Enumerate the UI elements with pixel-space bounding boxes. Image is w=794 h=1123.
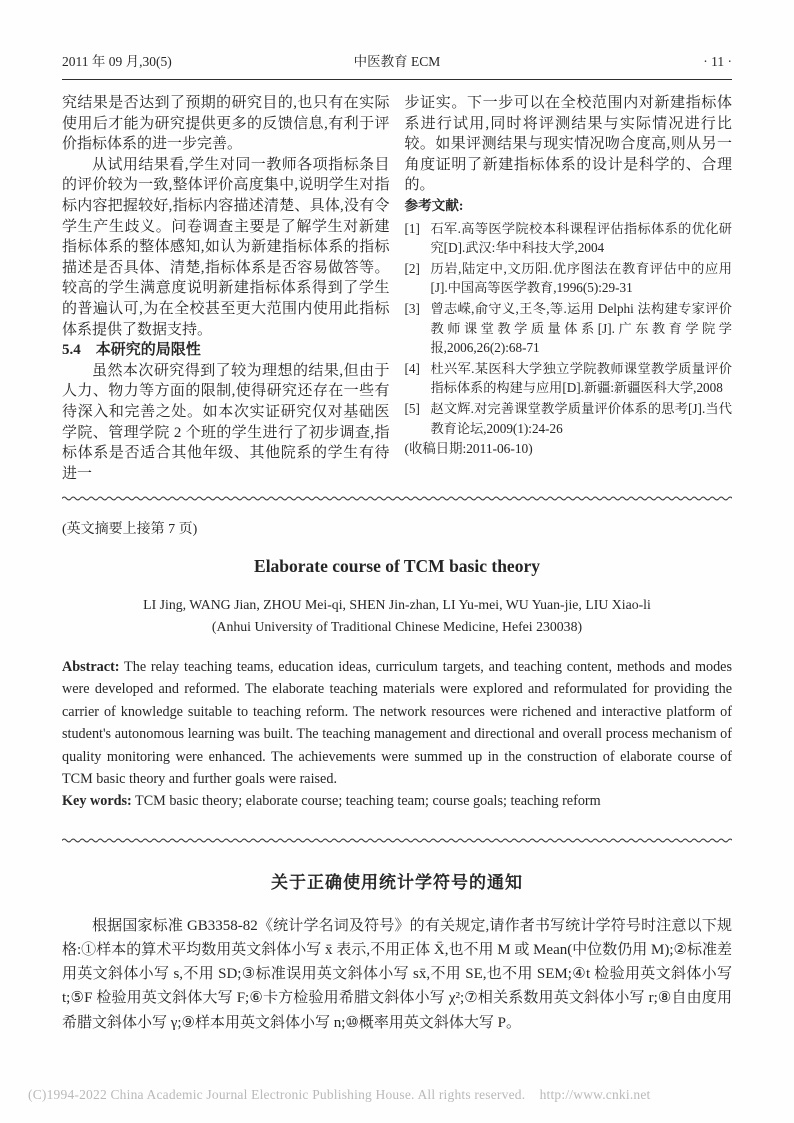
page-header: 2011 年 09 月,30(5) 中医教育 ECM · 11 ·	[62, 0, 732, 80]
abstract-label: Abstract:	[62, 659, 120, 675]
wavy-divider	[62, 495, 732, 502]
abstract-paragraph: Abstract: The relay teaching teams, educ…	[62, 656, 732, 790]
article-body: 究结果是否达到了预期的研究目的,也只有在实际使用后才能为研究提供更多的反馈信息,…	[62, 93, 732, 481]
reference-number: [5]	[405, 399, 431, 438]
continuation-note: (英文摘要上接第 7 页)	[62, 518, 732, 538]
header-page-number: · 11 ·	[509, 54, 732, 70]
english-abstract-section: (英文摘要上接第 7 页) Elaborate course of TCM ba…	[62, 518, 732, 813]
right-column: 步证实。下一步可以在全校范围内对新建指标体系进行试用,同时将评测结果与实际情况进…	[405, 93, 733, 481]
references-list: [1] 石军.高等医学院校本科课程评估指标体系的优化研究[D].武汉:华中科技大…	[405, 219, 733, 439]
statistics-notice-section: 关于正确使用统计学符号的通知 根据国家标准 GB3358-82《统计学名词及符号…	[62, 868, 732, 1035]
section-heading-5-4: 5.4 本研究的局限性	[62, 340, 390, 361]
english-authors: LI Jing, WANG Jian, ZHOU Mei-qi, SHEN Ji…	[62, 597, 732, 613]
wavy-divider	[62, 837, 732, 844]
header-journal-title: 中医教育 ECM	[285, 50, 508, 70]
received-date: (收稿日期:2011-06-10)	[405, 439, 733, 460]
reference-number: [4]	[405, 359, 431, 398]
header-issue: 2011 年 09 月,30(5)	[62, 50, 285, 70]
left-column: 究结果是否达到了预期的研究目的,也只有在实际使用后才能为研究提供更多的反馈信息,…	[62, 93, 390, 481]
keywords-paragraph: Key words: TCM basic theory; elaborate c…	[62, 790, 732, 812]
keywords-label: Key words:	[62, 793, 132, 809]
references-heading: 参考文献:	[405, 196, 733, 217]
reference-text: 历岩,陆定中,文历阳.优序图法在教育评估中的应用[J].中国高等医学教育,199…	[431, 259, 733, 298]
reference-number: [2]	[405, 259, 431, 298]
english-affiliation: (Anhui University of Traditional Chinese…	[62, 619, 732, 635]
reference-item: [5] 赵文辉.对完善课堂教学质量评价体系的思考[J].当代教育论坛,2009(…	[405, 399, 733, 438]
journal-page: 2011 年 09 月,30(5) 中医教育 ECM · 11 · 究结果是否达…	[0, 0, 794, 1123]
paragraph-continuation: 究结果是否达到了预期的研究目的,也只有在实际使用后才能为研究提供更多的反馈信息,…	[62, 93, 390, 155]
english-title: Elaborate course of TCM basic theory	[62, 556, 732, 577]
notice-body: 根据国家标准 GB3358-82《统计学名词及符号》的有关规定,请作者书写统计学…	[62, 914, 732, 1035]
reference-number: [1]	[405, 219, 431, 258]
reference-item: [1] 石军.高等医学院校本科课程评估指标体系的优化研究[D].武汉:华中科技大…	[405, 219, 733, 258]
reference-item: [4] 杜兴军.某医科大学独立学院教师课堂教学质量评价指标体系的构建与应用[D]…	[405, 359, 733, 398]
reference-text: 曾志嵘,俞守义,王冬,等.运用 Delphi 法构建专家评价教师课堂教学质量体系…	[431, 299, 733, 358]
reference-item: [2] 历岩,陆定中,文历阳.优序图法在教育评估中的应用[J].中国高等医学教育…	[405, 259, 733, 298]
reference-text: 赵文辉.对完善课堂教学质量评价体系的思考[J].当代教育论坛,2009(1):2…	[431, 399, 733, 438]
reference-text: 杜兴军.某医科大学独立学院教师课堂教学质量评价指标体系的构建与应用[D].新疆:…	[431, 359, 733, 398]
reference-item: [3] 曾志嵘,俞守义,王冬,等.运用 Delphi 法构建专家评价教师课堂教学…	[405, 299, 733, 358]
keywords-text: TCM basic theory; elaborate course; teac…	[132, 793, 601, 809]
paragraph-limitations: 虽然本次研究得到了较为理想的结果,但由于人力、物力等方面的限制,使得研究还存在一…	[62, 361, 390, 485]
notice-title: 关于正确使用统计学符号的通知	[62, 868, 732, 893]
reference-number: [3]	[405, 299, 431, 358]
reference-text: 石军.高等医学院校本科课程评估指标体系的优化研究[D].武汉:华中科技大学,20…	[431, 219, 733, 258]
copyright-watermark: (C)1994-2022 China Academic Journal Elec…	[28, 1087, 651, 1103]
abstract-text: The relay teaching teams, education idea…	[62, 659, 732, 787]
paragraph-trial-results: 从试用结果看,学生对同一教师各项指标条目的评价较为一致,整体评价高度集中,说明学…	[62, 155, 390, 340]
paragraph-conclusion: 步证实。下一步可以在全校范围内对新建指标体系进行试用,同时将评测结果与实际情况进…	[405, 93, 733, 196]
